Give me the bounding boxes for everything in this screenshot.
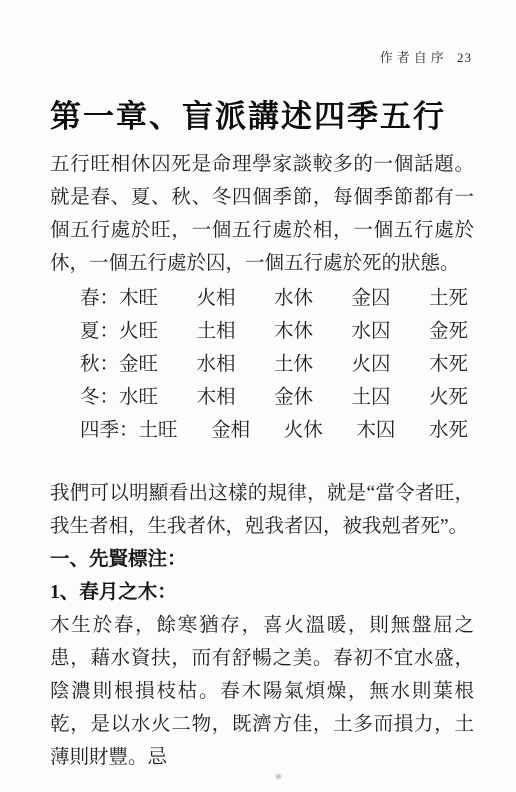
table-cell: 水休 (274, 282, 313, 315)
season-element-table: 春： 木旺 火相 水休 金囚 土死 夏： 火旺 土相 木休 水囚 金死 (80, 282, 474, 447)
table-cell: 木死 (429, 348, 468, 381)
table-cell: 水囚 (351, 315, 390, 348)
table-row: 秋： 金旺 水相 土休 火囚 木死 (80, 348, 474, 381)
table-cell: 金旺 (119, 348, 158, 381)
season-label: 春： (80, 282, 119, 315)
sub-heading: 1、春月之木： (50, 576, 474, 609)
table-row: 冬： 水旺 木相 金休 土囚 火死 (80, 381, 474, 414)
table-cell: 木旺 (119, 282, 158, 315)
intro-paragraph: 五行旺相休囚死是命理學家談較多的一個話題。就是春、夏、秋、冬四個季節，每個季節都… (50, 148, 474, 280)
table-cell: 木休 (274, 315, 313, 348)
season-cells: 木旺 火相 水休 金囚 土死 (119, 282, 474, 315)
season-label: 四季： (80, 414, 139, 447)
table-cell: 火囚 (351, 348, 390, 381)
season-cells: 水旺 木相 金休 土囚 火死 (119, 381, 474, 414)
table-cell: 火旺 (119, 315, 158, 348)
table-cell: 火休 (284, 414, 323, 447)
rule-paragraph: 我們可以明顯看出这樣的規律，就是“當令者旺，我生者相，生我者休，剋我者囚，被我剋… (50, 477, 474, 543)
table-cell: 土相 (197, 315, 236, 348)
body-paragraph: 木生於春，餘寒猶存，喜火溫暖，則無盤屈之患，藉水資扶，而有舒暢之美。春初不宜水盛… (50, 609, 474, 774)
section-heading: 一、先賢標注： (50, 543, 474, 576)
page-content: 第一章、盲派講述四季五行 五行旺相休囚死是命理學家談較多的一個話題。就是春、夏、… (50, 97, 474, 774)
table-cell: 金囚 (351, 282, 390, 315)
season-label: 夏： (80, 315, 119, 348)
table-cell: 金死 (429, 315, 468, 348)
season-label: 冬： (80, 381, 119, 414)
season-label: 秋： (80, 348, 119, 381)
table-row: 春： 木旺 火相 水休 金囚 土死 (80, 282, 474, 315)
table-row: 夏： 火旺 土相 木休 水囚 金死 (80, 315, 474, 348)
season-cells: 土旺 金相 火休 木囚 水死 (139, 414, 474, 447)
page-number: 23 (457, 50, 472, 65)
table-cell: 木相 (197, 381, 236, 414)
table-cell: 火相 (197, 282, 236, 315)
table-cell: 金相 (211, 414, 250, 447)
table-cell: 土囚 (351, 381, 390, 414)
table-cell: 火死 (429, 381, 468, 414)
running-header-section: 作者自序 (380, 50, 448, 65)
season-cells: 金旺 水相 土休 火囚 木死 (119, 348, 474, 381)
table-cell: 土死 (429, 282, 468, 315)
season-cells: 火旺 土相 木休 水囚 金死 (119, 315, 474, 348)
table-cell: 木囚 (356, 414, 395, 447)
table-row: 四季： 土旺 金相 火休 木囚 水死 (80, 414, 474, 447)
running-header: 作者自序 23 (380, 47, 472, 66)
table-cell: 土休 (274, 348, 313, 381)
table-cell: 金休 (274, 381, 313, 414)
table-cell: 土旺 (139, 414, 178, 447)
scan-artifact (276, 774, 281, 779)
table-cell: 水旺 (119, 381, 158, 414)
book-page: 作者自序 23 第一章、盲派講述四季五行 五行旺相休囚死是命理學家談較多的一個話… (0, 0, 516, 792)
table-cell: 水相 (197, 348, 236, 381)
chapter-title: 第一章、盲派講述四季五行 (50, 97, 474, 137)
table-cell: 水死 (429, 414, 468, 447)
